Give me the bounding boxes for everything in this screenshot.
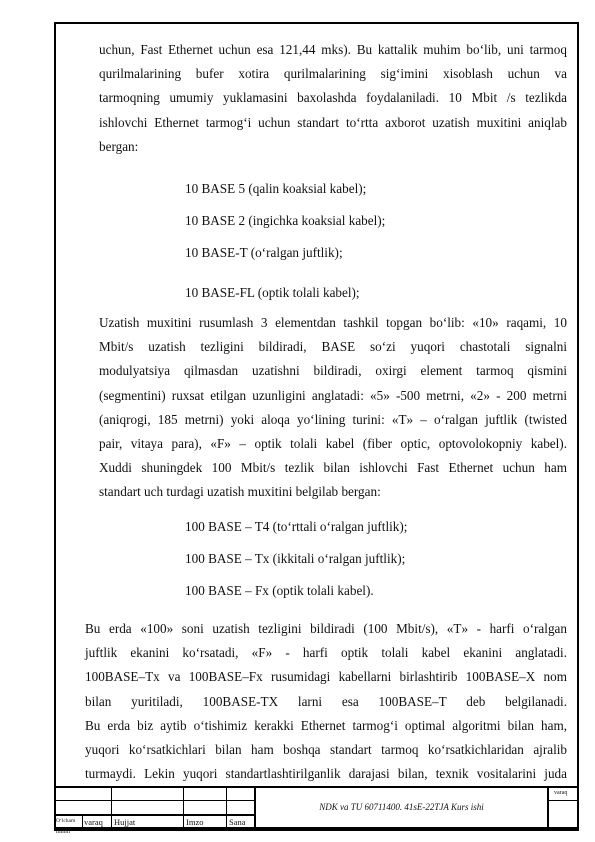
text-line: standart uch turdagi uzatish muxitini be… [99, 480, 567, 504]
text-line: 100BASE–Tx va 100BASE–Fx rusumidagi kabe… [85, 665, 567, 689]
text-line: pair, vitaya para), «F» – optik tolali k… [99, 432, 567, 456]
list-item: 100 BASE – T4 (to‘rttali o‘ralgan juftli… [185, 519, 407, 535]
text-line: qurilmalarining bufer xotira qurilmalari… [99, 62, 567, 86]
sana-label: Sana [229, 817, 246, 827]
text-line: Uzatish muxitini rusumlash 3 elementdan … [99, 311, 567, 335]
text-line: modulyatsiya qilmasdan uzatishni bildira… [99, 359, 567, 383]
olcham-sub-label: mmm [56, 829, 70, 835]
text-line: (segmentini) ruxsat etilgan uzunligini a… [99, 384, 567, 408]
hujjat-label: Hujjat [114, 817, 135, 827]
text-line: juftlik ekanini ko‘rsatadi, «F» - harfi … [85, 641, 567, 665]
list-item: 100 BASE – Tx (ikkitali o‘ralgan juftlik… [185, 551, 405, 567]
divider [54, 827, 577, 829]
list-item: 10 BASE 5 (qalin koaksial kabel); [185, 181, 366, 197]
text-line: Mbit/s uzatish tezligini bildiradi, BASE… [99, 335, 567, 359]
text-line: uchun, Fast Ethernet uchun esa 121,44 mk… [99, 38, 567, 62]
divider [54, 814, 255, 816]
varaq-label: varaq [84, 817, 103, 827]
text-line: (aniqrogi, 185 metrni) yoki aloqa yo‘lin… [99, 408, 567, 432]
olcham-label: O‘lcham [56, 818, 75, 824]
divider [226, 786, 227, 828]
text-line: bilan yuritiladi, 100BASE-TX larni esa 1… [85, 690, 567, 714]
list-item: 10 BASE-FL (optik tolali kabel); [185, 285, 360, 301]
paragraph-2: Uzatish muxitini rusumlash 3 elementdan … [99, 311, 567, 505]
divider [111, 786, 112, 828]
divider [548, 800, 577, 801]
divider [82, 814, 83, 828]
document-code: NDK va TU 60711400. 41sE-22TJA Kurs ishi [256, 802, 547, 812]
text-line: Bu erda biz aytib o‘tishimiz kerakki Eth… [85, 714, 567, 738]
list-item: 10 BASE-T (o‘ralgan juftlik); [185, 245, 343, 261]
title-block: O‘lcham mmm varaq Hujjat Imzo Sana NDK v… [54, 786, 577, 829]
paragraph-3: Bu erda «100» soni uzatish tezligini bil… [85, 617, 567, 786]
divider [183, 786, 184, 828]
sheet-label: varaq [554, 790, 567, 796]
paragraph-1: uchun, Fast Ethernet uchun esa 121,44 mk… [99, 38, 567, 159]
text-line: bergan: [99, 135, 567, 159]
text-line: ishlovchi Ethernet tarmog‘i uchun standa… [99, 111, 567, 135]
text-line: Xuddi shuningdek 100 Mbit/s tezlik bilan… [99, 456, 567, 480]
list-item: 10 BASE 2 (ingichka koaksial kabel); [185, 213, 385, 229]
text-line: yuqori ko‘rsatkichlari bilan ham boshqa … [85, 738, 567, 762]
list-item: 100 BASE – Fx (optik tolali kabel). [185, 583, 374, 599]
divider [54, 786, 577, 788]
text-line: tarmoqning umumiy yuklamasini baxolashda… [99, 86, 567, 110]
divider [547, 786, 549, 828]
text-line: turmaydi. Lekin yuqori standartlashtiril… [85, 762, 567, 786]
imzo-label: Imzo [186, 817, 203, 827]
divider [54, 800, 255, 801]
text-line: Bu erda «100» soni uzatish tezligini bil… [85, 617, 567, 641]
